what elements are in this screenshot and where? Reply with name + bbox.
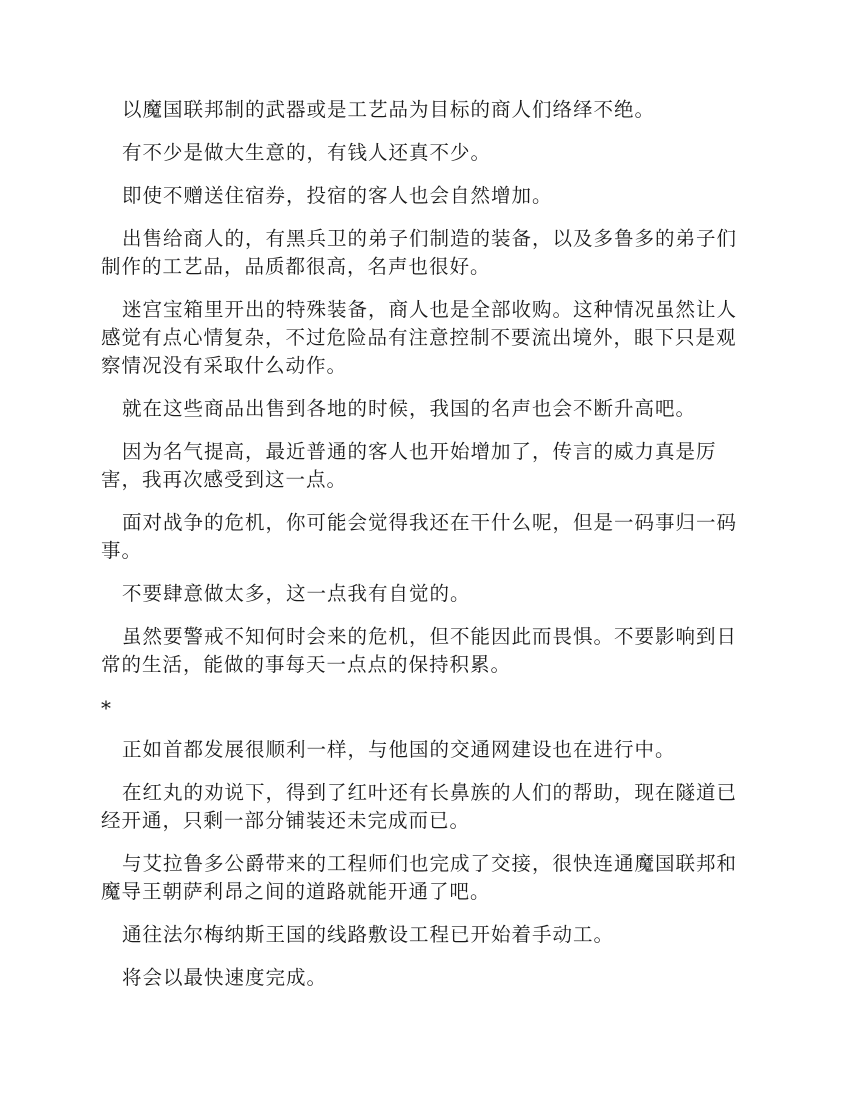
paragraph: 通往法尔梅纳斯王国的线路敷设工程已开始着手动工。 bbox=[101, 921, 741, 949]
paragraph: 就在这些商品出售到各地的时候，我国的名声也会不断升高吧。 bbox=[101, 395, 741, 423]
paragraph: 以魔国联邦制的武器或是工艺品为目标的商人们络绎不绝。 bbox=[101, 96, 741, 124]
paragraph: 迷宫宝箱里开出的特殊装备，商人也是全部收购。这种情况虽然让人感觉有点心情复杂，不… bbox=[101, 296, 741, 380]
paragraph: 即使不赠送住宿券，投宿的客人也会自然增加。 bbox=[101, 182, 741, 210]
paragraph: 正如首都发展很顺利一样，与他国的交通网建设也在进行中。 bbox=[101, 736, 741, 764]
document-body: 以魔国联邦制的武器或是工艺品为目标的商人们络绎不绝。 有不少是做大生意的，有钱人… bbox=[101, 96, 741, 1007]
paragraph: 因为名气提高，最近普通的客人也开始增加了，传言的威力真是厉害，我再次感受到这一点… bbox=[101, 438, 741, 494]
paragraph: 面对战争的危机，你可能会觉得我还在干什么呢，但是一码事归一码事。 bbox=[101, 509, 741, 565]
section-separator: * bbox=[101, 694, 741, 722]
paragraph: 在红丸的劝说下，得到了红叶还有长鼻族的人们的帮助，现在隧道已经开通，只剩一部分铺… bbox=[101, 779, 741, 835]
paragraph: 虽然要警戒不知何时会来的危机，但不能因此而畏惧。不要影响到日常的生活，能做的事每… bbox=[101, 623, 741, 679]
paragraph: 有不少是做大生意的，有钱人还真不少。 bbox=[101, 139, 741, 167]
paragraph: 出售给商人的，有黑兵卫的弟子们制造的装备，以及多鲁多的弟子们制作的工艺品，品质都… bbox=[101, 225, 741, 281]
document-page: 以魔国联邦制的武器或是工艺品为目标的商人们络绎不绝。 有不少是做大生意的，有钱人… bbox=[0, 0, 850, 1100]
paragraph: 与艾拉鲁多公爵带来的工程师们也完成了交接，很快连通魔国联邦和魔导王朝萨利昂之间的… bbox=[101, 850, 741, 906]
paragraph: 不要肆意做太多，这一点我有自觉的。 bbox=[101, 580, 741, 608]
paragraph: 将会以最快速度完成。 bbox=[101, 964, 741, 992]
